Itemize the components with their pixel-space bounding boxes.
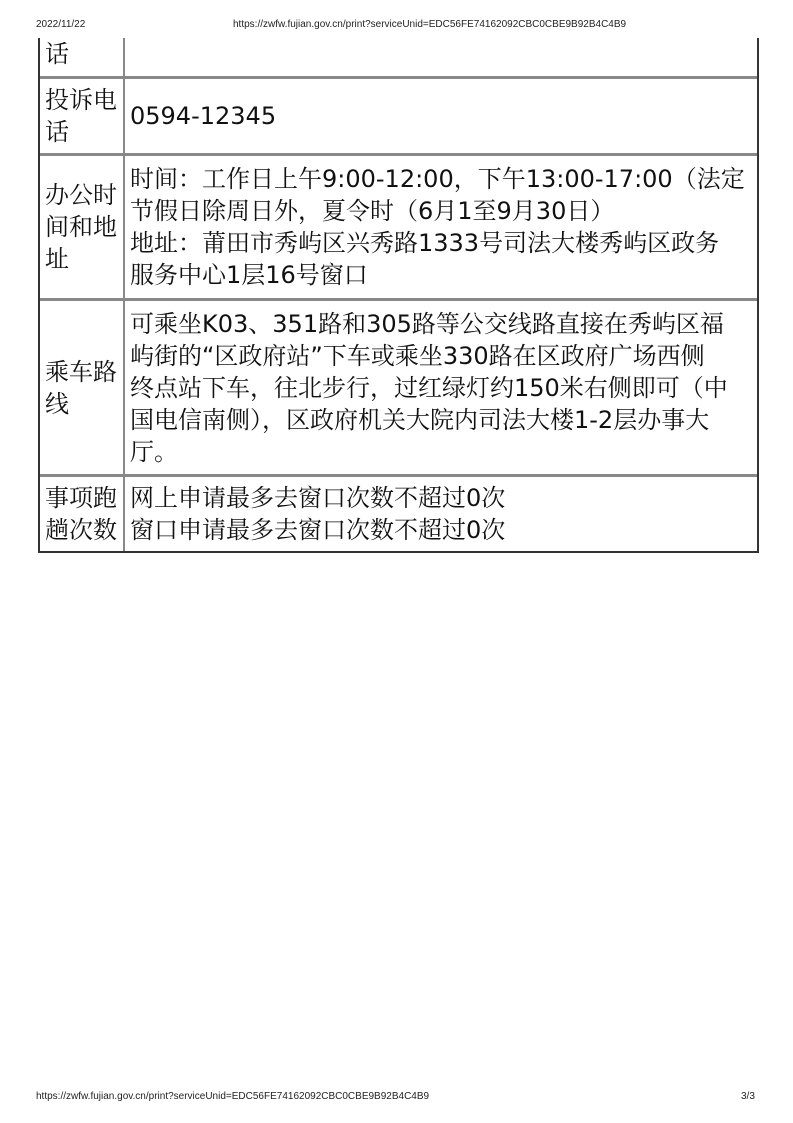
value-line: 国电信南侧），区政府机关大院内司法大楼1-2层办事大 xyxy=(130,404,709,436)
label-line: 线 xyxy=(45,388,69,420)
label-line: 话 xyxy=(45,116,69,148)
row-value xyxy=(125,38,757,76)
page-number: 3/3 xyxy=(741,1091,755,1102)
value-line: 地址：莆田市秀屿区兴秀路1333号司法大楼秀屿区政务 xyxy=(130,227,719,259)
label-line: 投诉电 xyxy=(45,84,117,116)
complaint-phone-number: 0594-12345 xyxy=(130,100,276,132)
table-row-visit-count: 事项跑 趟次数 网上申请最多去窗口次数不超过0次 窗口申请最多去窗口次数不超过0… xyxy=(40,474,757,551)
row-label: 乘车路 线 xyxy=(40,301,125,474)
value-line: 终点站下车，往北步行，过红绿灯约150米右侧即可（中 xyxy=(130,372,728,404)
value-line: 窗口申请最多去窗口次数不超过0次 xyxy=(130,514,505,546)
value-line: 时间：工作日上午9:00-12:00，下午13:00-17:00（法定 xyxy=(130,163,745,195)
row-label: 办公时 间和地 址 xyxy=(40,156,125,298)
service-info-table: 话 投诉电 话 0594-12345 办公时 间和地 址 时间：工作日上午9:0… xyxy=(38,38,759,553)
row-label: 投诉电 话 xyxy=(40,79,125,153)
label-line: 话 xyxy=(45,38,69,70)
label-line: 乘车路 xyxy=(45,356,117,388)
label-line: 间和地 xyxy=(45,211,117,243)
row-value: 0594-12345 xyxy=(125,79,757,153)
print-date: 2022/11/22 xyxy=(36,19,85,30)
row-label: 事项跑 趟次数 xyxy=(40,477,125,551)
print-footer-url: https://zwfw.fujian.gov.cn/print?service… xyxy=(36,1091,429,1102)
table-row-office-hours-address: 办公时 间和地 址 时间：工作日上午9:00-12:00，下午13:00-17:… xyxy=(40,153,757,298)
row-value: 可乘坐K03、351路和305路等公交线路直接在秀屿区福 屿街的“区政府站”下车… xyxy=(125,301,757,474)
table-row-phone-continued: 话 xyxy=(40,38,757,76)
label-line: 事项跑 xyxy=(45,482,117,514)
row-label: 话 xyxy=(40,38,125,76)
value-line: 网上申请最多去窗口次数不超过0次 xyxy=(130,482,505,514)
value-line: 屿街的“区政府站”下车或乘坐330路在区政府广场西侧 xyxy=(130,340,705,372)
value-line: 可乘坐K03、351路和305路等公交线路直接在秀屿区福 xyxy=(130,308,724,340)
label-line: 址 xyxy=(45,243,69,275)
print-header-url: https://zwfw.fujian.gov.cn/print?service… xyxy=(233,19,626,30)
value-line: 节假日除周日外，夏令时（6月1至9月30日） xyxy=(130,195,614,227)
row-value: 网上申请最多去窗口次数不超过0次 窗口申请最多去窗口次数不超过0次 xyxy=(125,477,757,551)
row-value: 时间：工作日上午9:00-12:00，下午13:00-17:00（法定 节假日除… xyxy=(125,156,757,298)
table-row-complaint-phone: 投诉电 话 0594-12345 xyxy=(40,76,757,153)
table-row-bus-route: 乘车路 线 可乘坐K03、351路和305路等公交线路直接在秀屿区福 屿街的“区… xyxy=(40,298,757,474)
value-line: 厅。 xyxy=(130,436,178,468)
label-line: 办公时 xyxy=(45,179,117,211)
value-line: 服务中心1层16号窗口 xyxy=(130,259,368,291)
label-line: 趟次数 xyxy=(45,514,117,546)
